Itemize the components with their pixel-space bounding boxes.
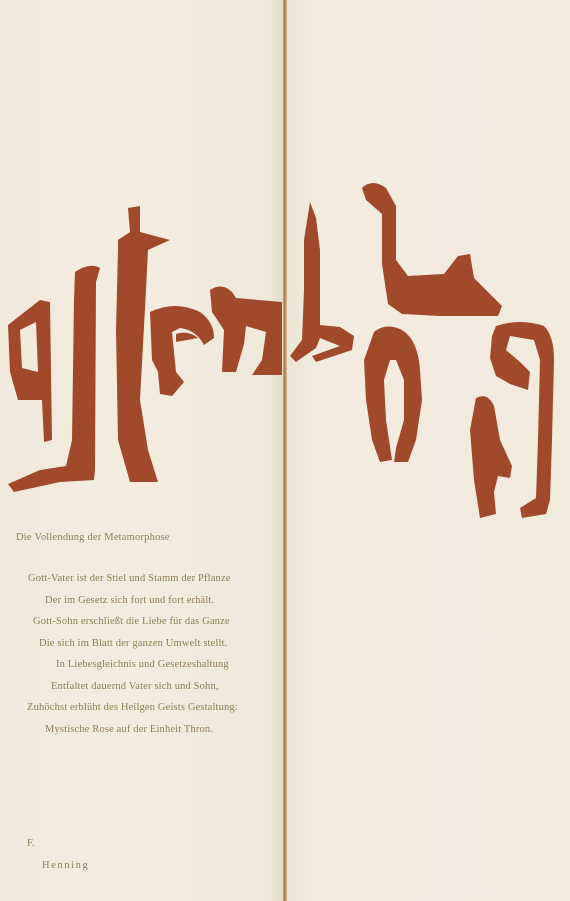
poem-lines: Gott-Vater ist der Stiel und Stamm der P… [0,568,283,740]
poem-line: Die sich im Blatt der ganzen Umwelt stel… [0,633,283,655]
poem-block: Die Vollendung der Metamorphose Gott-Vat… [0,0,283,901]
poem-line: Mystische Rose auf der Einheit Thron. [0,719,283,741]
glyph-nine [490,322,554,518]
glyph-inner-stroke [470,396,512,518]
glyph-tall-b [290,202,354,362]
author-surname: Henning [42,860,89,871]
poem-line: Der im Gesetz sich fort und fort erhält. [0,590,283,612]
poem-line: Entfaltet dauernd Vater sich und Sohn, [0,676,283,698]
poem-title: Die Vollendung der Metamorphose [16,532,170,543]
glyph-open-o [364,326,422,462]
author-initial: F. [27,838,35,849]
poem-line: Zuhöchst erblüht des Heilgen Geists Gest… [0,697,283,719]
poem-line: In Liebesgleichnis und Gesetzeshaltung [0,654,283,676]
glyph-boot-l [362,183,502,316]
poem-line: Gott-Vater ist der Stiel und Stamm der P… [0,568,283,590]
poem-line: Gott-Sohn erschließt die Liebe für das G… [0,611,283,633]
